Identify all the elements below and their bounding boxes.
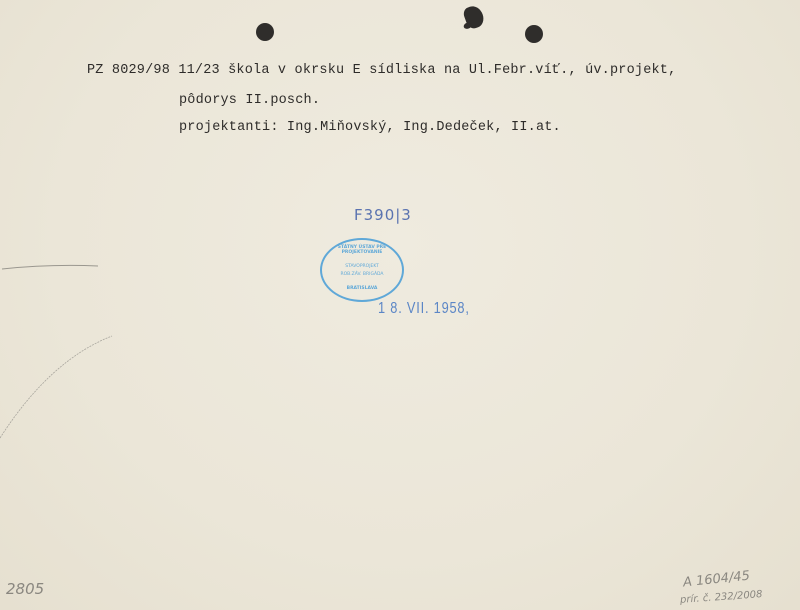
typed-line-1: PZ 8029/98 11/23 škola v okrsku E sídlis… [87,63,676,78]
date-stamp: 1 8. VII. 1958, [378,300,470,318]
typed-line-3: projektanti: Ing.Miňovský, Ing.Dedeček, … [179,120,561,135]
pencil-number: 2805 [6,580,44,598]
punch-hole-right [525,25,543,43]
typed-line-2: pôdorys II.posch. [179,93,320,108]
institution-stamp: ŠTÁTNY ÚSTAV PRE PROJEKTOVANIE STAVOPROJ… [320,238,404,302]
stamp-city: BRATISLAVA [322,286,402,291]
stamp-line-2: ROB.ZÁV. BRIGÁDA [322,272,402,277]
stamp-line-1: STAVOPROJEKT [322,264,402,269]
archive-code: F390|3 [354,206,412,224]
punch-hole-left [256,23,274,41]
stamp-ring-text: ŠTÁTNY ÚSTAV PRE PROJEKTOVANIE [322,245,402,255]
